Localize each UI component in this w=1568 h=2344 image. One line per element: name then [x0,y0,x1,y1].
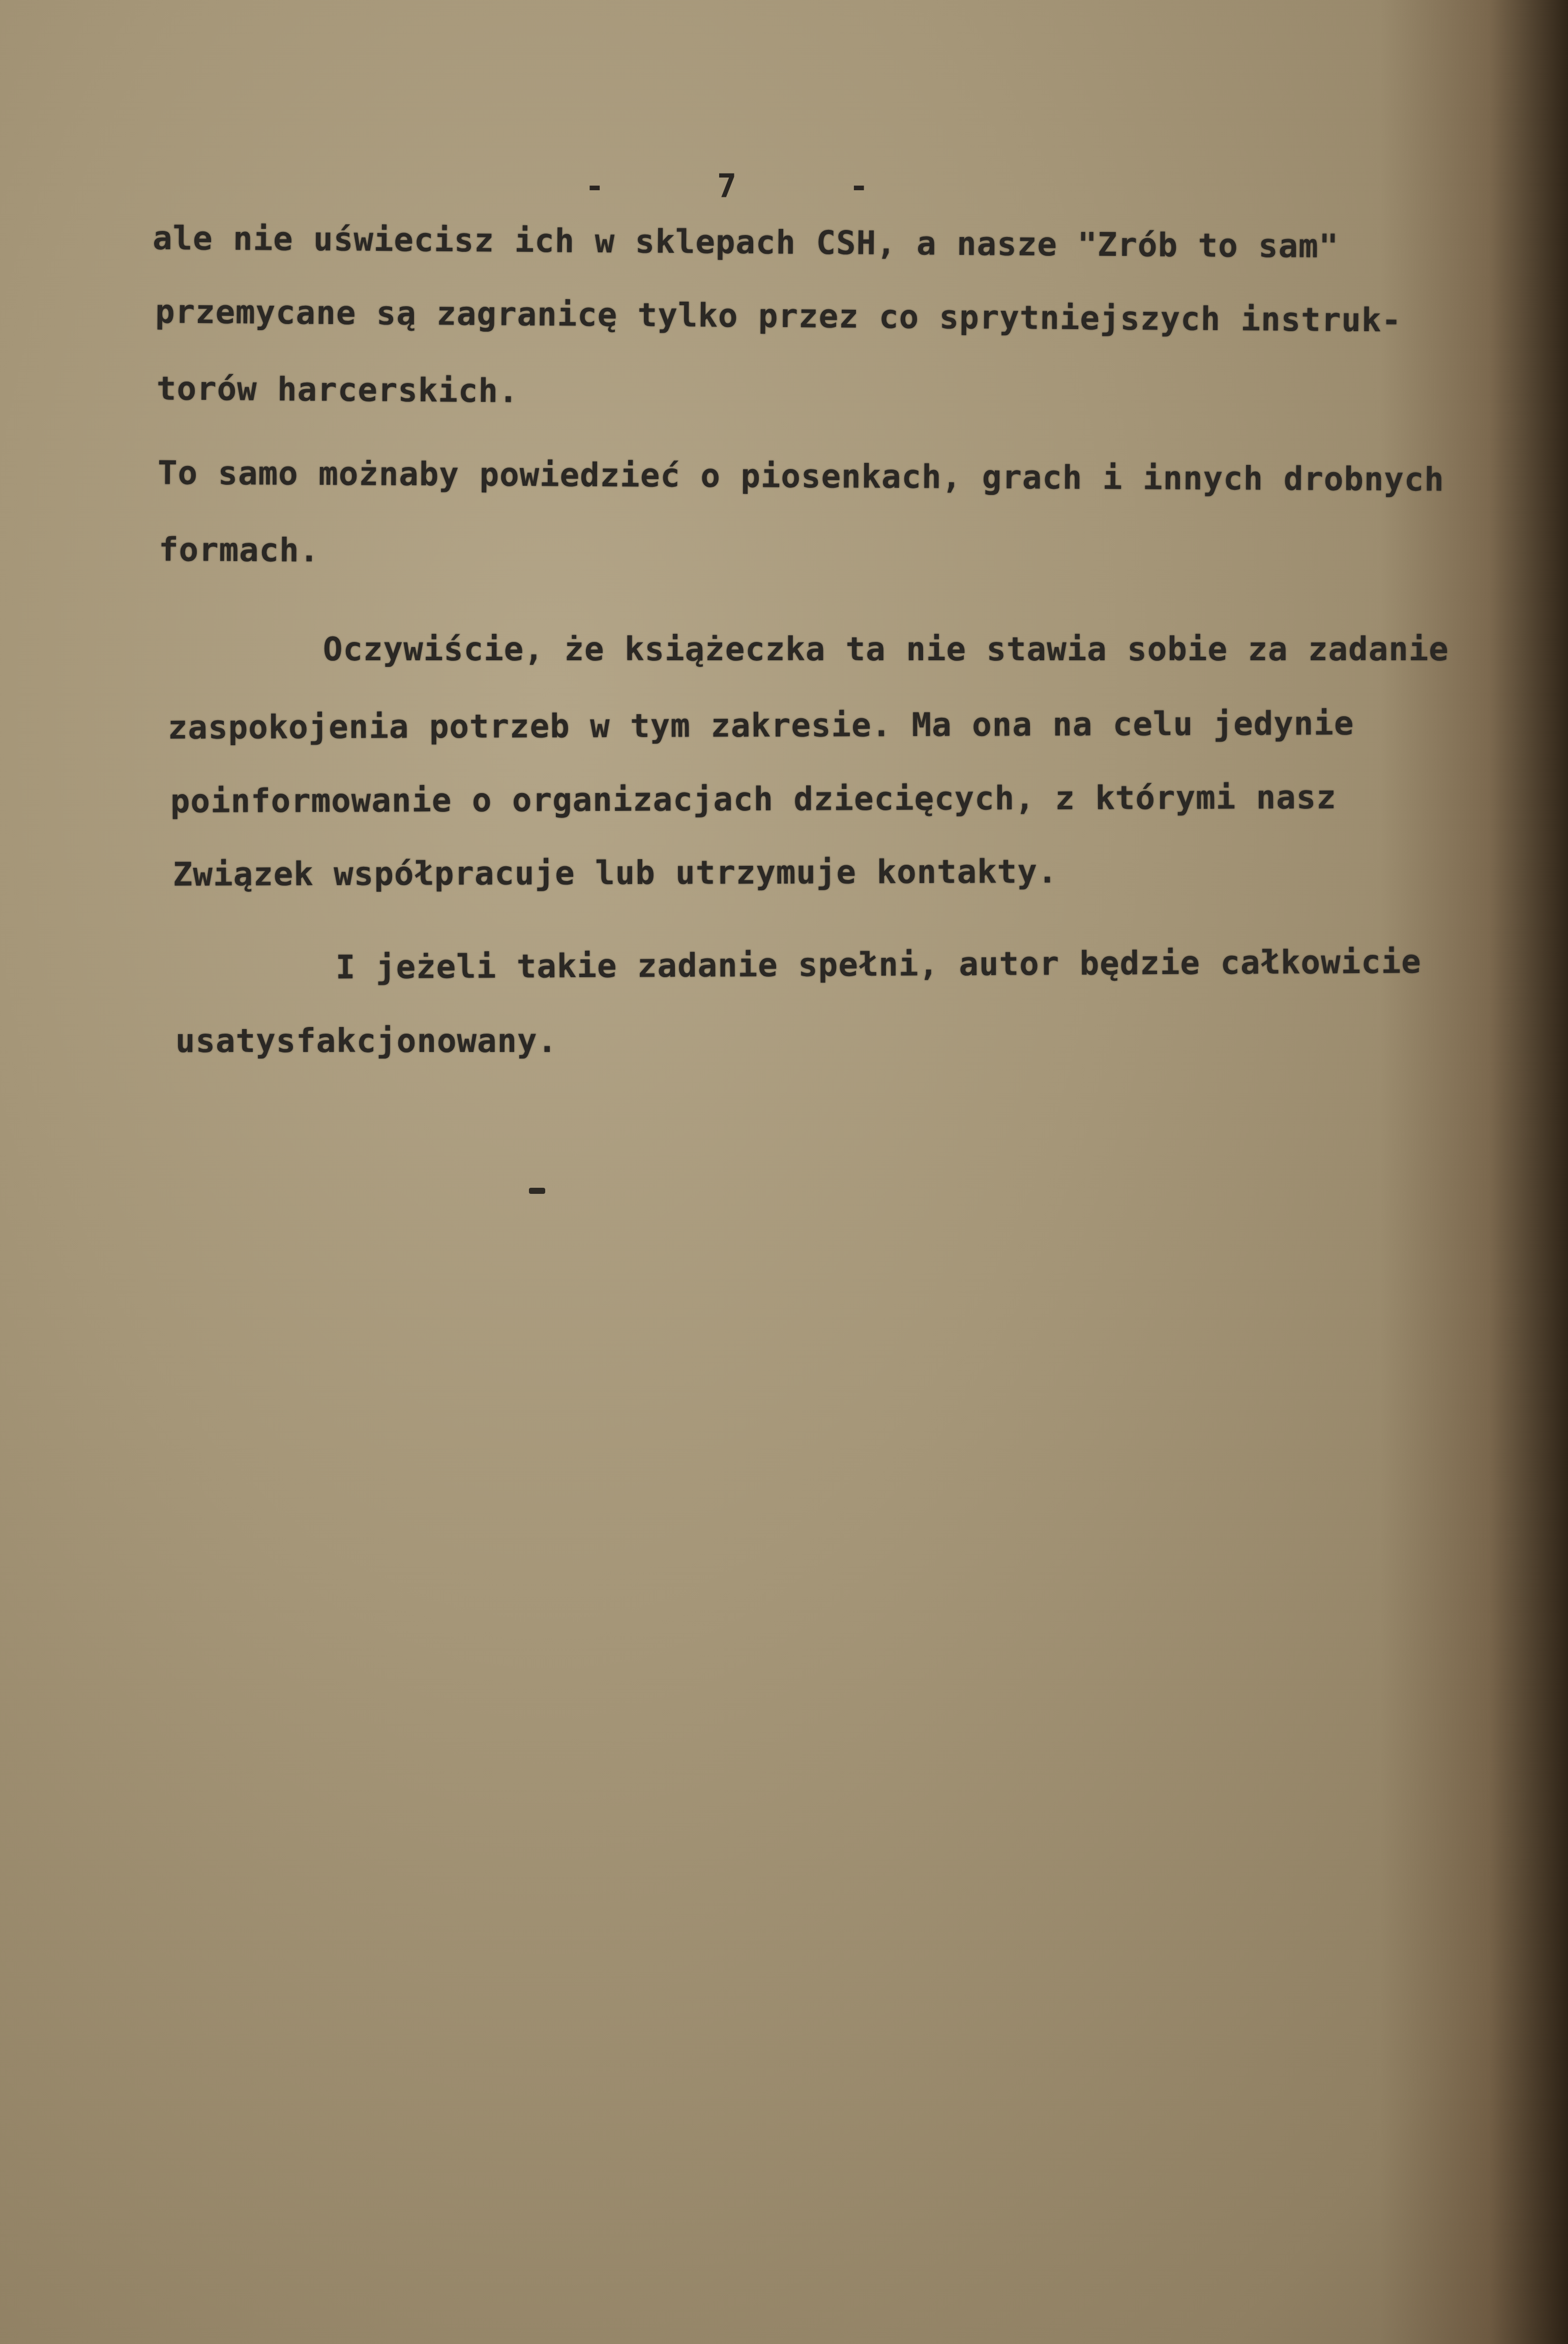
text-line-10: I jeżeli takie zadanie spełni, autor będ… [336,943,1422,986]
page-number-left-dash: - [585,168,606,206]
page-number-value: 7 [717,168,738,206]
text-line-7: zaspokojenia potrzeb w tym zakresie. Ma … [168,705,1354,747]
text-line-5: formach. [159,531,320,570]
text-line-6: Oczywiście, że książeczka ta nie stawia … [323,631,1449,668]
ink-mark [529,1188,545,1194]
text-line-3: torów harcerskich. [157,370,519,411]
page-number: - 7 - [585,168,870,206]
text-line-8: poinformowanie o organizacjach dziecięcy… [170,779,1337,821]
document-page: - 7 - ale nie uświecisz ich w sklepach C… [0,0,1568,2344]
text-line-11: usatysfakcjonowany. [175,1022,557,1060]
text-line-9: Związek współpracuje lub utrzymuje konta… [173,853,1058,894]
text-line-4: To samo możnaby powiedzieć o piosenkach,… [158,454,1444,499]
text-line-2: przemycane są zagranicę tylko przez co s… [155,293,1402,339]
page-number-right-dash: - [849,168,870,206]
text-line-1: ale nie uświecisz ich w sklepach CSH, a … [153,220,1339,266]
